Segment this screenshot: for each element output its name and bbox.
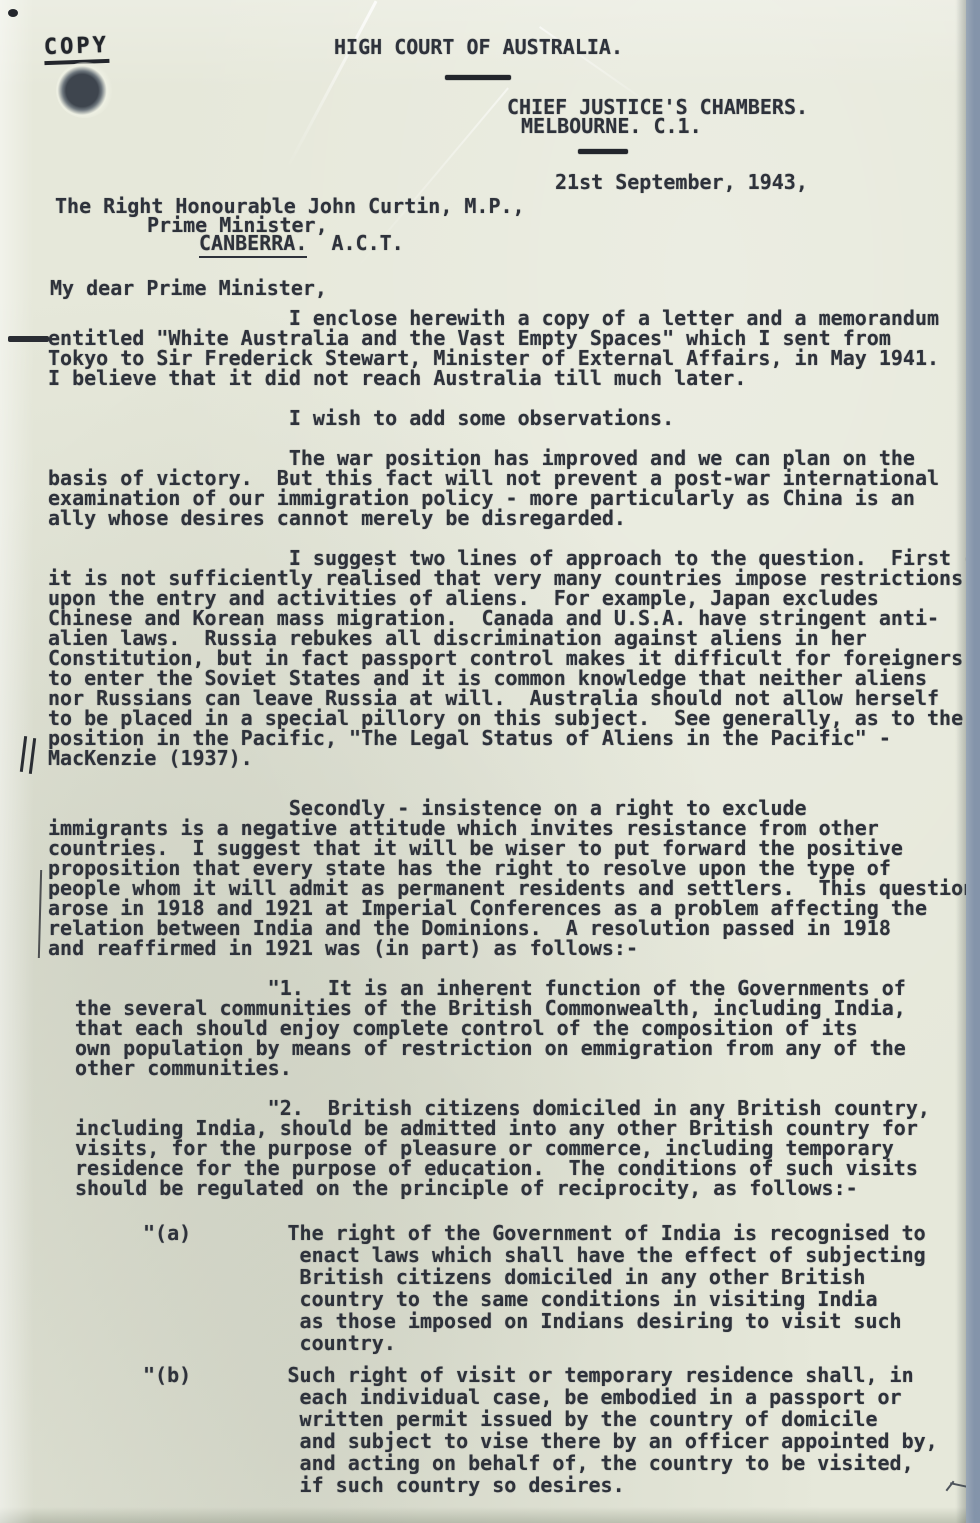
margin-tick-mark xyxy=(20,736,27,772)
text-line: The war position has improved and we can… xyxy=(48,448,939,468)
paper-crease xyxy=(286,0,378,169)
text-line: and acting on behalf of, the country to … xyxy=(143,1452,938,1474)
text-line: I believe that it did not reach Australi… xyxy=(48,368,939,388)
text-line: if such country so desires. xyxy=(143,1474,938,1496)
text-line: basis of victory. But this fact will not… xyxy=(48,468,939,488)
text-line: to enter the Soviet States and it is com… xyxy=(48,668,975,688)
text-line: countries. I suggest that it will be wis… xyxy=(48,838,975,858)
salutation: My dear Prime Minister, xyxy=(50,278,327,298)
text-line: immigrants is a negative attitude which … xyxy=(48,818,975,838)
text-line: examination of our immigration policy - … xyxy=(48,488,939,508)
text-line: Tokyo to Sir Frederick Stewart, Minister… xyxy=(48,348,939,368)
text-line: country to the same conditions in visiti… xyxy=(143,1288,926,1310)
text-line: as those imposed on Indians desiring to … xyxy=(143,1310,926,1332)
text-line: that each should enjoy complete control … xyxy=(75,1018,906,1038)
text-line: "2. British citizens domiciled in any Br… xyxy=(75,1098,930,1118)
letter-page: COPY HIGH COURT OF AUSTRALIA. CHIEF JUST… xyxy=(0,0,980,1523)
recipient-territory: A.C.T. xyxy=(307,231,403,255)
pen-arrow-mark xyxy=(946,1481,955,1492)
text-line: people whom it will admit as permanent r… xyxy=(48,878,975,898)
text-line: to be placed in a special pillory on thi… xyxy=(48,708,975,728)
sub-item-a: "(a) The right of the Government of Indi… xyxy=(143,1222,926,1354)
date-line: 21st September, 1943, xyxy=(555,172,808,192)
text-line: country. xyxy=(143,1332,926,1354)
paragraph-1: I enclose herewith a copy of a letter an… xyxy=(48,308,939,388)
text-line: I suggest two lines of approach to the q… xyxy=(48,548,975,568)
text-line: Constitution, but in fact passport contr… xyxy=(48,648,975,668)
text-line: and reaffirmed in 1921 was (in part) as … xyxy=(48,938,975,958)
text-line: Secondly - insistence on a right to excl… xyxy=(48,798,975,818)
text-line: own population by means of restriction o… xyxy=(75,1038,906,1058)
ink-dot xyxy=(8,9,18,17)
text-line: the several communities of the British C… xyxy=(75,998,906,1018)
scan-edge-right xyxy=(966,0,980,1523)
text-line: enact laws which shall have the effect o… xyxy=(143,1244,926,1266)
text-line: relation between India and the Dominions… xyxy=(48,918,975,938)
text-line: including India, should be admitted into… xyxy=(75,1118,930,1138)
text-line: should be regulated on the principle of … xyxy=(75,1178,930,1198)
text-line: upon the entry and activities of aliens.… xyxy=(48,588,975,608)
text-line: Chinese and Korean mass migration. Canad… xyxy=(48,608,975,628)
text-line: each individual case, be embodied in a p… xyxy=(143,1386,938,1408)
text-line: MacKenzie (1937). xyxy=(48,748,975,768)
margin-dash-mark xyxy=(8,336,49,342)
text-line: I wish to add some observations. xyxy=(48,408,674,428)
text-line: nor Russians can leave Russia at will. A… xyxy=(48,688,975,708)
paragraph-5: Secondly - insistence on a right to excl… xyxy=(48,798,975,958)
recipient-line-3: CANBERRA. A.C.T. xyxy=(199,233,404,253)
text-line: and subject to vise there by an officer … xyxy=(143,1430,938,1452)
paragraph-3: The war position has improved and we can… xyxy=(48,448,939,528)
text-line: other communities. xyxy=(75,1058,906,1078)
punch-hole xyxy=(52,57,119,122)
text-line: I enclose herewith a copy of a letter an… xyxy=(48,308,939,328)
quoted-resolution-1: "1. It is an inherent function of the Go… xyxy=(75,978,906,1078)
text-line: position in the Pacific, "The Legal Stat… xyxy=(48,728,975,748)
copy-stamp: COPY xyxy=(43,33,109,65)
page-edge-shadow xyxy=(956,0,966,1523)
text-line: proposition that every state has the rig… xyxy=(48,858,975,878)
letterhead-city: MELBOURNE. C.1. xyxy=(521,116,702,136)
sub-item-b: "(b) Such right of visit or temporary re… xyxy=(143,1364,938,1496)
text-line: written permit issued by the country of … xyxy=(143,1408,938,1430)
text-line: residence for the purpose of education. … xyxy=(75,1158,930,1178)
text-line: alien laws. Russia rebukes all discrimin… xyxy=(48,628,975,648)
text-line: it is not sufficiently realised that ver… xyxy=(48,568,975,588)
text-line: visits, for the purpose of pleasure or c… xyxy=(75,1138,930,1158)
letterhead-rule xyxy=(445,75,511,80)
margin-tick-mark xyxy=(29,738,36,774)
letterhead-title: HIGH COURT OF AUSTRALIA. xyxy=(334,37,623,57)
paragraph-2: I wish to add some observations. xyxy=(48,408,674,428)
text-line: British citizens domiciled in any other … xyxy=(143,1266,926,1288)
letterhead-rule xyxy=(578,149,628,154)
recipient-city: CANBERRA. xyxy=(199,231,307,258)
text-line: "(a) The right of the Government of Indi… xyxy=(143,1222,926,1244)
text-line: ally whose desires cannot merely be disr… xyxy=(48,508,939,528)
quoted-resolution-2: "2. British citizens domiciled in any Br… xyxy=(75,1098,930,1198)
paragraph-4: I suggest two lines of approach to the q… xyxy=(48,548,975,768)
margin-line-mark xyxy=(38,870,42,958)
text-line: "(b) Such right of visit or temporary re… xyxy=(143,1364,938,1386)
text-line: arose in 1918 and 1921 at Imperial Confe… xyxy=(48,898,975,918)
text-line: entitled "White Australia and the Vast E… xyxy=(48,328,939,348)
text-line: "1. It is an inherent function of the Go… xyxy=(75,978,906,998)
